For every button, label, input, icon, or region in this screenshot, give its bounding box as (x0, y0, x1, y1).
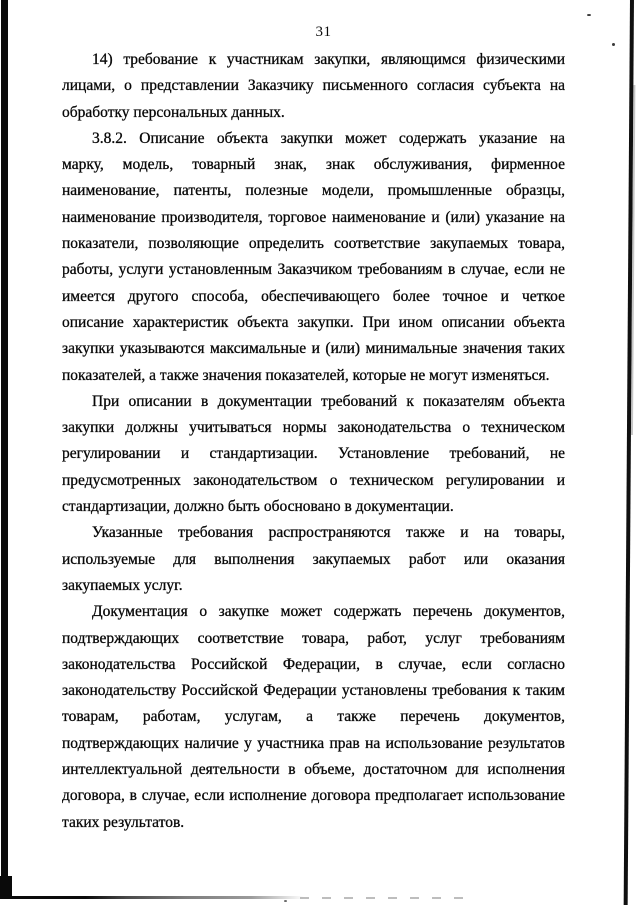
scan-edge-left-bar (1, 0, 8, 899)
text-line: интеллектуальной деятельности в объеме, … (62, 757, 565, 783)
scanned-page: 31 14) требование к участникам закупки, … (0, 0, 640, 905)
text-line: Документация о закупке может содержать п… (62, 599, 565, 625)
text-line: регулировании и стандартизации. Установл… (62, 441, 565, 467)
text-line: подтверждающих соответствие товара, рабо… (62, 626, 565, 652)
text-line: марку, модель, товарный знак, знак обслу… (62, 152, 565, 178)
text-line: показателей, а также значения показателе… (62, 363, 565, 389)
text-line: таких результатов. (62, 810, 565, 836)
text-line: наименование производителя, торговое наи… (62, 205, 565, 231)
scan-bottom-line-dashes (300, 897, 470, 899)
text-line: обработку персональных данных. (62, 100, 565, 126)
text-line: При описании в документации требований к… (62, 389, 565, 415)
text-line: 3.8.2. Описание объекта закупки может со… (62, 126, 565, 152)
text-line: подтверждающих наличие у участника прав … (62, 731, 565, 757)
text-line: закупки указываются максимальные и (или)… (62, 336, 565, 362)
text-line: работы, услуги установленным Заказчиком … (62, 257, 565, 283)
text-line: законодательства Российской Федерации, в… (62, 652, 565, 678)
text-line: стандартизации, должно быть обосновано в… (62, 494, 565, 520)
text-line: законодательству Российской Федерации ус… (62, 678, 565, 704)
text-line: предусмотренных законодательством о техн… (62, 468, 565, 494)
scan-edge-right-line (624, 0, 634, 905)
text-line: договора, в случае, если исполнение дого… (62, 783, 565, 809)
text-line: 14) требование к участникам закупки, явл… (62, 47, 565, 73)
document-text: 14) требование к участникам закупки, явл… (62, 47, 565, 836)
text-line: закупаемых услуг. (62, 573, 565, 599)
text-line: показатели, позволяющие определить соотв… (62, 231, 565, 257)
text-line: имеется другого способа, обеспечивающего… (62, 284, 565, 310)
text-line: наименование, патенты, полезные модели, … (62, 178, 565, 204)
scan-bottom-line (9, 896, 304, 899)
text-line: используемые для выполнения закупаемых р… (62, 547, 565, 573)
text-line: товарам, работам, услугам, а также переч… (62, 704, 565, 730)
ink-speck (587, 14, 591, 16)
page-number: 31 (72, 24, 575, 41)
ink-speck (612, 43, 615, 46)
text-line: лицами, о представлении Заказчику письме… (62, 73, 565, 99)
text-line: описание характеристик объекта закупки. … (62, 310, 565, 336)
text-line: закупки должны учитываться нормы законод… (62, 415, 565, 441)
ink-speck (284, 900, 287, 902)
text-line: Указанные требования распространяются та… (62, 520, 565, 546)
